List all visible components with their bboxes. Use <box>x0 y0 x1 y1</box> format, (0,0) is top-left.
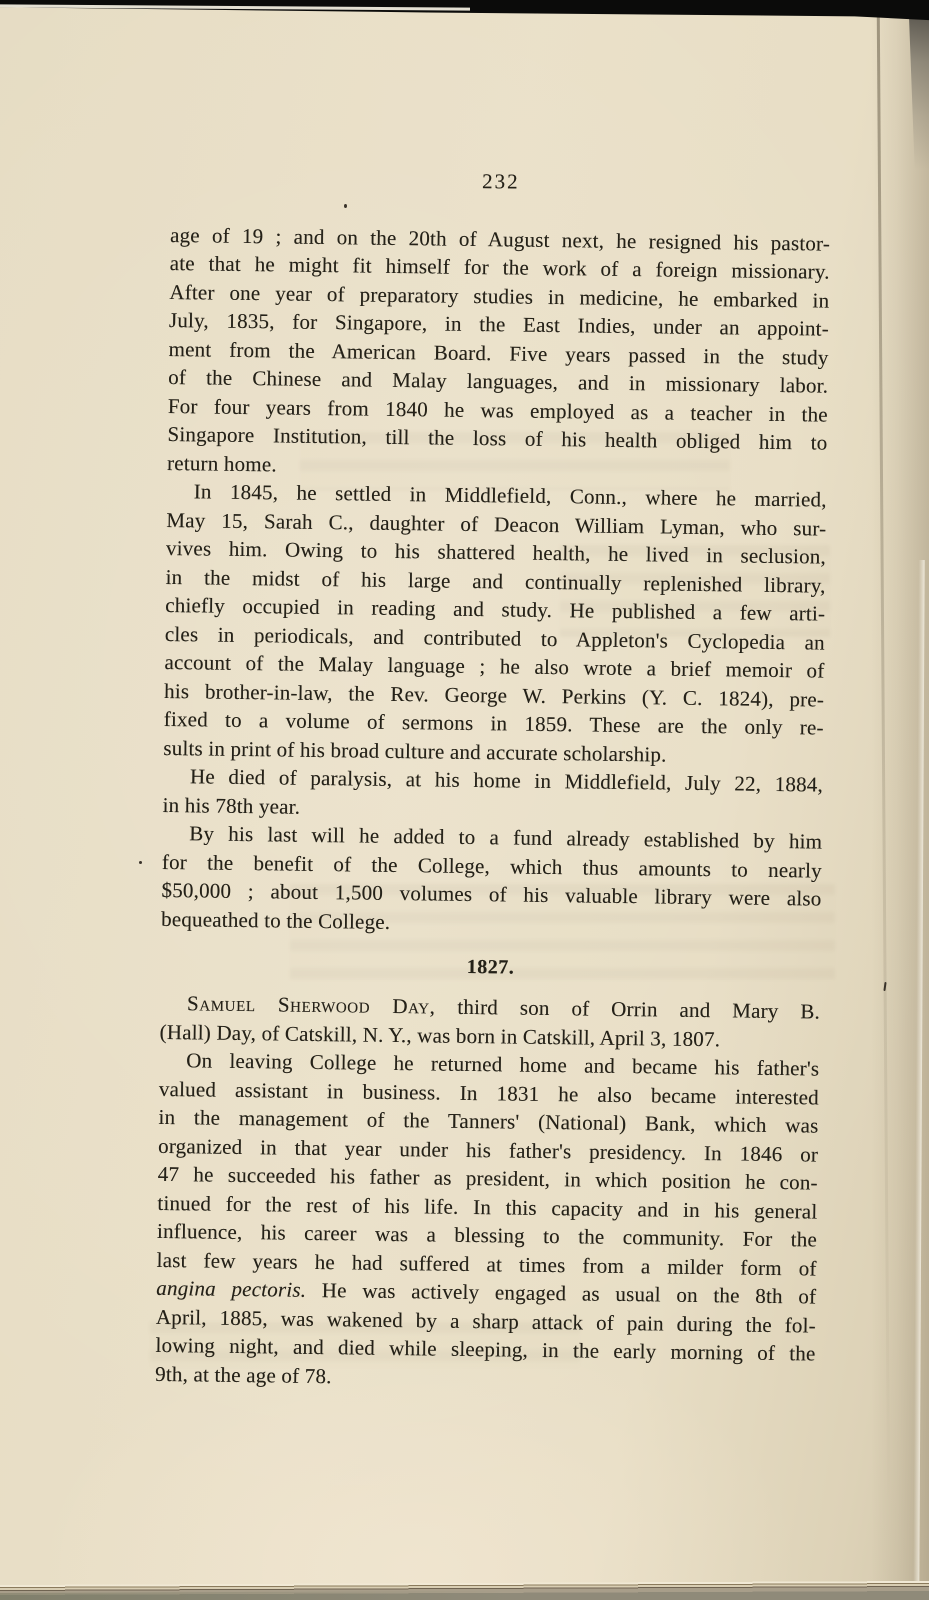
text-segment: sults in print of his broad culture and … <box>163 735 667 766</box>
paragraph: By his last will he added to a fund alre… <box>161 819 822 942</box>
italic-term: angina pectoris. <box>156 1276 306 1302</box>
text-segment: He was actively engaged as usual on the … <box>306 1278 816 1309</box>
body-text: 232 age of 19 ; and on the 20th of Augus… <box>155 163 831 1397</box>
scan-top-edge <box>0 0 929 24</box>
bottom-page-edges <box>0 1580 929 1600</box>
ink-speck <box>139 861 142 864</box>
text-segment: return home. <box>167 450 277 475</box>
section-year-heading: 1827. <box>160 949 820 986</box>
text-segment: bequeathed to the College. <box>161 906 390 933</box>
book-page: 232 age of 19 ; and on the 20th of Augus… <box>0 0 929 1600</box>
paragraph: age of 19 ; and on the 20th of August ne… <box>167 220 830 485</box>
text-segment: third son of Orrin and Mary B. <box>435 995 820 1024</box>
page-number: 232 <box>171 163 831 200</box>
paragraph: On leaving College he returned home and … <box>155 1046 819 1397</box>
paragraph: Samuel Sherwood Day, third son of Orrin … <box>159 989 820 1055</box>
paragraph: In 1845, he settled in Middlefield, Conn… <box>163 477 827 771</box>
paragraph: He died of paralysis, at his home in Mid… <box>162 762 823 828</box>
small-caps-name: Samuel Sherwood Day, <box>187 991 436 1018</box>
text-segment: in his 78th year. <box>162 792 300 818</box>
text-segment: 9th, at the age of 78. <box>155 1361 332 1387</box>
